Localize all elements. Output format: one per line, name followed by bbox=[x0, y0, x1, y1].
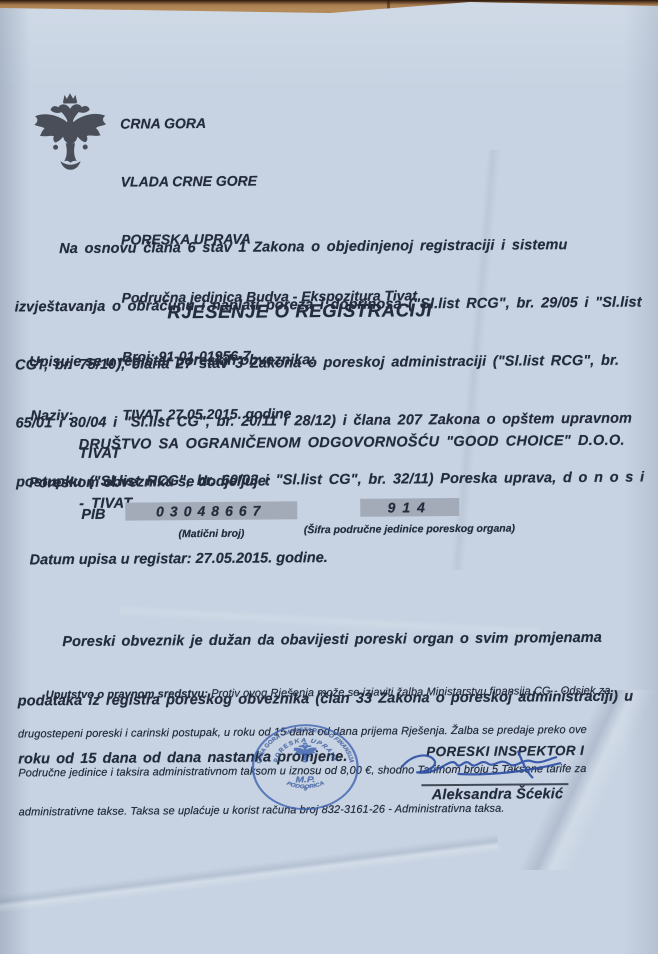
register-statement: Upisuje se u registar poreskih obveznika… bbox=[29, 352, 315, 370]
office-code-field: 914 bbox=[360, 498, 459, 517]
official-round-stamp: CRNA GORA · MINISTARSTVO FINANSIJA PORES… bbox=[249, 722, 362, 813]
taxpayer-name-line: DRUŠTVO SA OGRANIČENOM ODGOVORNOŠĆU "GOO… bbox=[79, 432, 625, 456]
stamp-eagle-icon bbox=[293, 742, 317, 763]
registration-date-line: Datum upisa u registar: 27.05.2015. godi… bbox=[30, 550, 328, 568]
pib-field-label: PIB bbox=[81, 507, 105, 523]
coat-of-arms-icon bbox=[31, 88, 110, 187]
paragraph-line: Na osnovu člana 6 stav 1 Zakona o objedi… bbox=[14, 235, 642, 259]
legal-remedy-rest: Protiv ovog Rješenja može se izjaviti ža… bbox=[208, 685, 611, 700]
taxpayer-city: TIVAT bbox=[79, 446, 121, 462]
name-field-label: Naziv: bbox=[30, 408, 73, 424]
document-content: CRNA GORA VLADA CRNE GORE PORESKA UPRAVA… bbox=[0, 0, 658, 954]
document-paper: CRNA GORA VLADA CRNE GORE PORESKA UPRAVA… bbox=[0, 0, 658, 954]
office-code-caption: (Šifra područne jedinice poreskog organa… bbox=[295, 522, 523, 536]
stamp-mp-text: M.P. bbox=[295, 775, 315, 784]
photo-of-document: CRNA GORA VLADA CRNE GORE PORESKA UPRAVA… bbox=[0, 0, 658, 954]
header-government: VLADA CRNE GORE bbox=[121, 170, 417, 192]
pib-value-field: 03048667 bbox=[125, 501, 297, 520]
header-country: CRNA GORA bbox=[120, 112, 416, 134]
pib-caption: (Matični broj) bbox=[125, 527, 297, 540]
legal-remedy-lead: Uputstvo o pravnom sredstvu: bbox=[46, 688, 208, 701]
paragraph-line: Uputstvo o pravnom sredstvu: Protiv ovog… bbox=[18, 685, 611, 703]
paragraph-line: Poreski obveznik je dužan da obavijesti … bbox=[17, 629, 633, 653]
assignment-statement: Poreskom obvezniku se dodjeljuje: bbox=[29, 473, 271, 491]
inspector-name: Aleksandra Šćekić bbox=[417, 786, 577, 803]
